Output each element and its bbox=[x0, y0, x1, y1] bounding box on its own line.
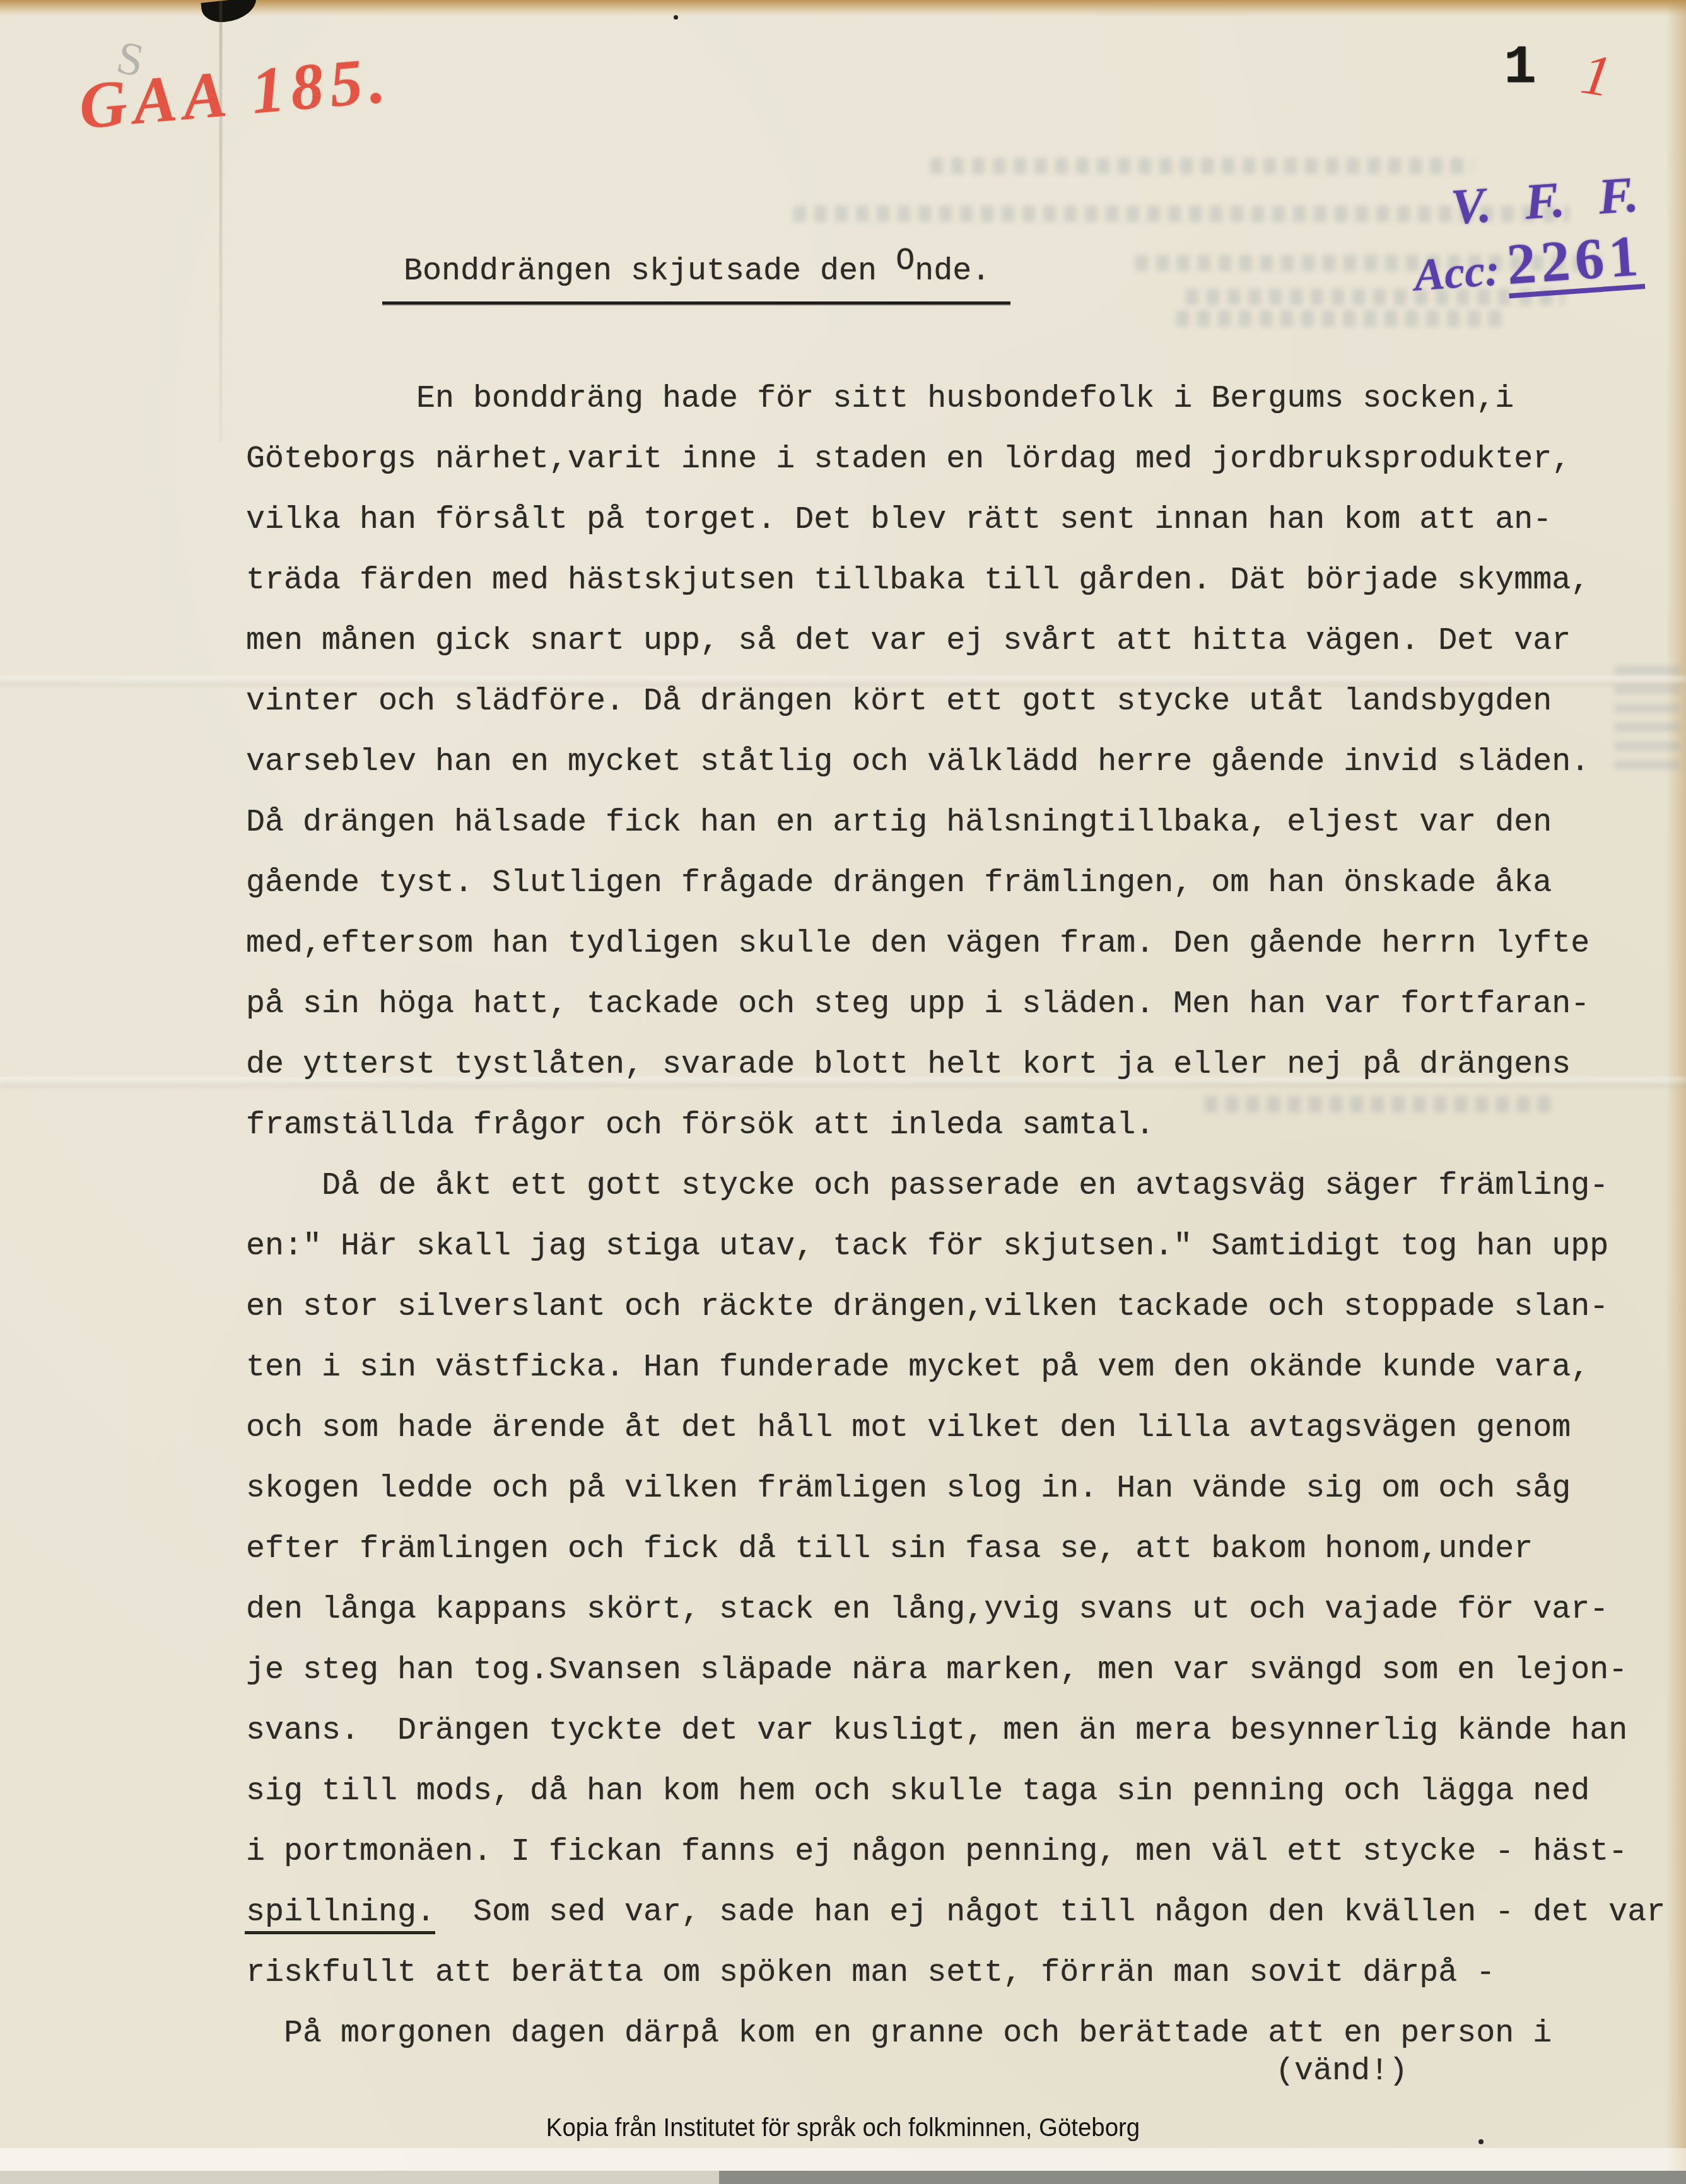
body-line: framställda frågor och försök att inleda… bbox=[246, 1095, 1684, 1156]
stamp-acc-number: 2261 bbox=[1505, 226, 1645, 298]
bleed-through-text bbox=[930, 158, 1473, 174]
document-body: En bonddräng hade för sitt husbondefolk … bbox=[246, 369, 1684, 2064]
body-line: riskfullt att berätta om spöken man sett… bbox=[246, 1943, 1684, 2004]
body-line: men månen gick snart upp, så det var ej … bbox=[246, 611, 1684, 672]
body-line: en:" Här skall jag stiga utav, tack för … bbox=[246, 1217, 1684, 1277]
body-line: ten i sin västficka. Han funderade mycke… bbox=[246, 1338, 1684, 1398]
scanned-document-page: GAA 185. S 1 1 V. F. F. Acc: 2261 Bonddr… bbox=[0, 0, 1686, 2184]
archive-copy-caption: Kopia från Institutet för språk och folk… bbox=[497, 2114, 1189, 2142]
body-line: En bonddräng hade för sitt husbondefolk … bbox=[246, 369, 1684, 429]
title-text: Bonddrängen skjutsade den bbox=[404, 254, 896, 289]
title-raised-letter: O bbox=[896, 243, 915, 279]
body-line: träda färden med hästskjutsen tillbaka t… bbox=[246, 551, 1684, 611]
body-line: På morgonen dagen därpå kom en granne oc… bbox=[246, 2004, 1684, 2064]
body-line: på sin höga hatt, tackade och steg upp i… bbox=[246, 974, 1684, 1035]
ink-speck bbox=[1478, 2139, 1484, 2144]
body-line: svans. Drängen tyckte det var kusligt, m… bbox=[246, 1701, 1684, 1761]
body-line: je steg han tog.Svansen släpade nära mar… bbox=[246, 1640, 1684, 1701]
scan-bottom-strip-right bbox=[719, 2171, 1686, 2184]
document-title: Bonddrängen skjutsade den Onde. bbox=[404, 254, 990, 289]
body-line: spillning. Som sed var, sade han ej någo… bbox=[246, 1883, 1684, 1943]
body-line: varseblev han en mycket ståtlig och välk… bbox=[246, 732, 1684, 793]
body-line: de ytterst tystlåten, svarade blott helt… bbox=[246, 1035, 1684, 1095]
body-line: efter främlingen och fick då till sin fa… bbox=[246, 1519, 1684, 1580]
body-line: och som hade ärende åt det håll mot vilk… bbox=[246, 1398, 1684, 1459]
body-line: Då de åkt ett gott stycke och passerade … bbox=[246, 1156, 1684, 1217]
page-number-typed: 1 bbox=[1504, 37, 1537, 98]
body-line: vilka han försålt på torget. Det blev rä… bbox=[246, 490, 1684, 551]
body-line: med,eftersom han tydligen skulle den väg… bbox=[246, 914, 1684, 974]
body-line: en stor silverslant och räckte drängen,v… bbox=[246, 1277, 1684, 1338]
body-line: skogen ledde och på vilken främligen slo… bbox=[246, 1459, 1684, 1519]
body-line: Göteborgs närhet,varit inne i staden en … bbox=[246, 429, 1684, 490]
body-line: i portmonäen. I fickan fanns ej någon pe… bbox=[246, 1822, 1684, 1883]
scan-bottom-band bbox=[0, 2148, 1686, 2171]
stamp-acc-label: Acc: bbox=[1412, 243, 1501, 301]
body-line: den långa kappans skört, stack en lång,y… bbox=[246, 1580, 1684, 1640]
title-underline bbox=[382, 301, 1010, 305]
turn-page-note: (vänd!) bbox=[1275, 2053, 1408, 2089]
word-underline bbox=[245, 1931, 435, 1934]
vff-accession-stamp: V. F. F. Acc: 2261 bbox=[1408, 166, 1646, 305]
body-line: Då drängen hälsade fick han en artig häl… bbox=[246, 793, 1684, 853]
body-line: sig till mods, då han kom hem och skulle… bbox=[246, 1761, 1684, 1822]
title-text-end: nde. bbox=[915, 254, 990, 289]
scan-bottom-strip-left bbox=[0, 2171, 719, 2184]
page-number-red: 1 bbox=[1577, 40, 1616, 110]
body-line: gående tyst. Slutligen frågade drängen f… bbox=[246, 853, 1684, 914]
bleed-through-text bbox=[1176, 310, 1504, 327]
body-line: vinter och slädföre. Då drängen kört ett… bbox=[246, 672, 1684, 732]
ink-speck bbox=[674, 15, 678, 20]
